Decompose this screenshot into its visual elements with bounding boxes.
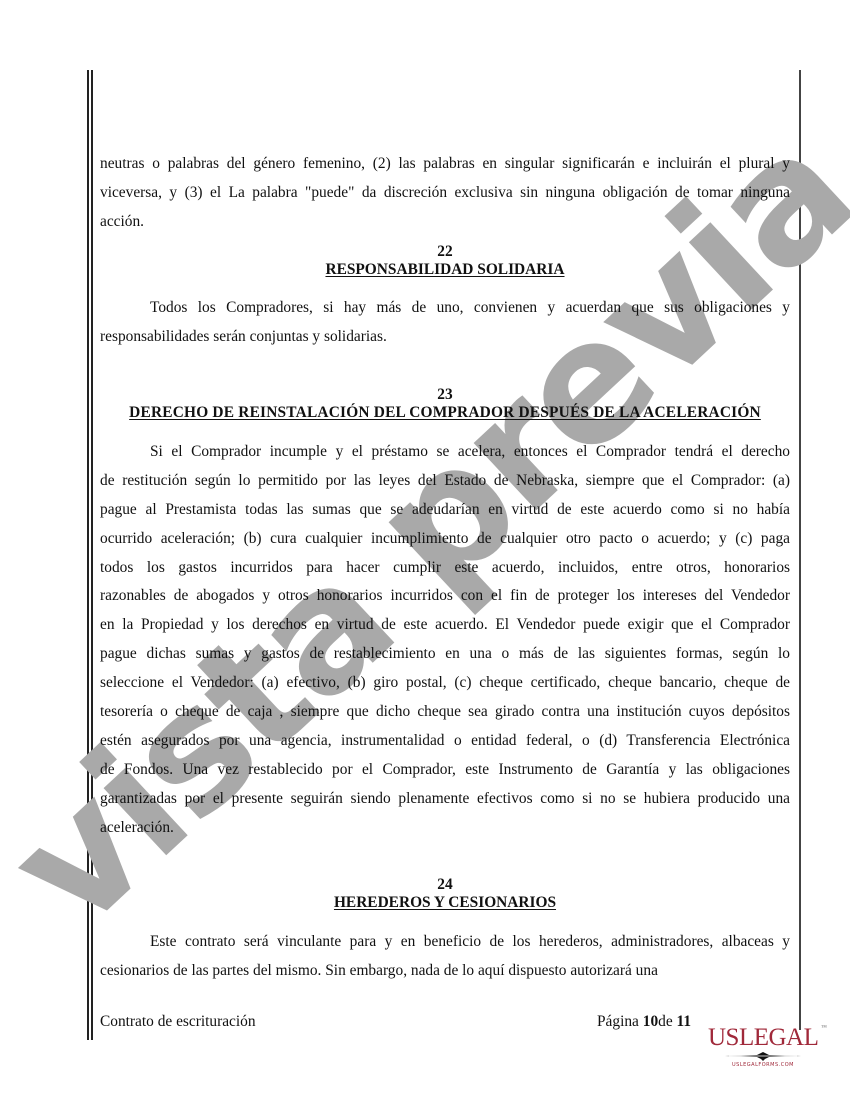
section-title: DERECHO DE REINSTALACIÓN DEL COMPRADOR D… — [100, 405, 790, 420]
page-of: de — [658, 1013, 673, 1030]
paragraph-line: pague dichas sumas y gastos de restablec… — [100, 646, 790, 661]
trademark-symbol: ™ — [821, 1025, 826, 1031]
footer-page-number: Página 10de 11 — [597, 1013, 691, 1031]
paragraph-line: cesionarios de las partes del mismo. Sin… — [100, 963, 658, 978]
paragraph-line: tesorería o cheque de caja , siempre que… — [100, 704, 790, 719]
paragraph-line: responsabilidades serán conjuntas y soli… — [100, 329, 387, 344]
section-number: 23 — [100, 387, 790, 402]
paragraph-line: pague al Prestamista todas las sumas que… — [100, 502, 790, 517]
paragraph-line: todos los gastos incurridos para hacer c… — [100, 560, 790, 575]
paragraph-line: Todos los Compradores, si hay más de uno… — [100, 300, 790, 315]
paragraph-line: neutras o palabras del género femenino, … — [100, 156, 790, 171]
paragraph-line: en la Propiedad y los derechos en virtud… — [100, 617, 790, 632]
paragraph-line: de restitución según lo permitido por la… — [100, 473, 790, 488]
page-total: 11 — [677, 1013, 692, 1030]
page-border-left-outer — [87, 70, 89, 1040]
section-number: 24 — [100, 877, 790, 892]
paragraph-line: razonables de abogados y otros honorario… — [100, 588, 790, 603]
paragraph-line: acción. — [100, 214, 144, 229]
paragraph-line: Si el Comprador incumple y el préstamo s… — [100, 444, 790, 459]
page-border-left-inner — [91, 70, 93, 1040]
paragraph-line: garantizadas por el presente seguirán si… — [100, 791, 790, 806]
paragraph-line: viceversa, y (3) el La palabra "puede" d… — [100, 185, 790, 200]
footer-document-name: Contrato de escrituración — [100, 1013, 256, 1031]
paragraph-line: aceleración. — [100, 820, 174, 835]
uslegal-logo: USLEGAL™ USLEGALFORMS.COM — [708, 1025, 818, 1070]
section-number: 22 — [100, 244, 790, 259]
logo-brand-text: USLEGAL — [708, 1024, 818, 1051]
page-border-right — [799, 70, 801, 1030]
eagle-icon — [723, 1052, 803, 1061]
logo-url: USLEGALFORMS.COM — [708, 1063, 818, 1068]
page-label: Página — [597, 1013, 639, 1030]
paragraph-line: Este contrato será vinculante para y en … — [100, 934, 790, 949]
paragraph-line: de Fondos. Una vez restablecido por el C… — [100, 762, 790, 777]
paragraph-line: estén asegurados por una agencia, instru… — [100, 733, 790, 748]
section-title: HEREDEROS Y CESIONARIOS — [100, 895, 790, 910]
paragraph-line: ocurrido aceleración; (b) cura cualquier… — [100, 531, 790, 546]
page-current: 10 — [643, 1013, 658, 1030]
paragraph-line: seleccione el Vendedor: (a) efectivo, (b… — [100, 675, 790, 690]
logo-brand: USLEGAL™ — [708, 1025, 818, 1050]
section-title: RESPONSABILIDAD SOLIDARIA — [100, 262, 790, 277]
